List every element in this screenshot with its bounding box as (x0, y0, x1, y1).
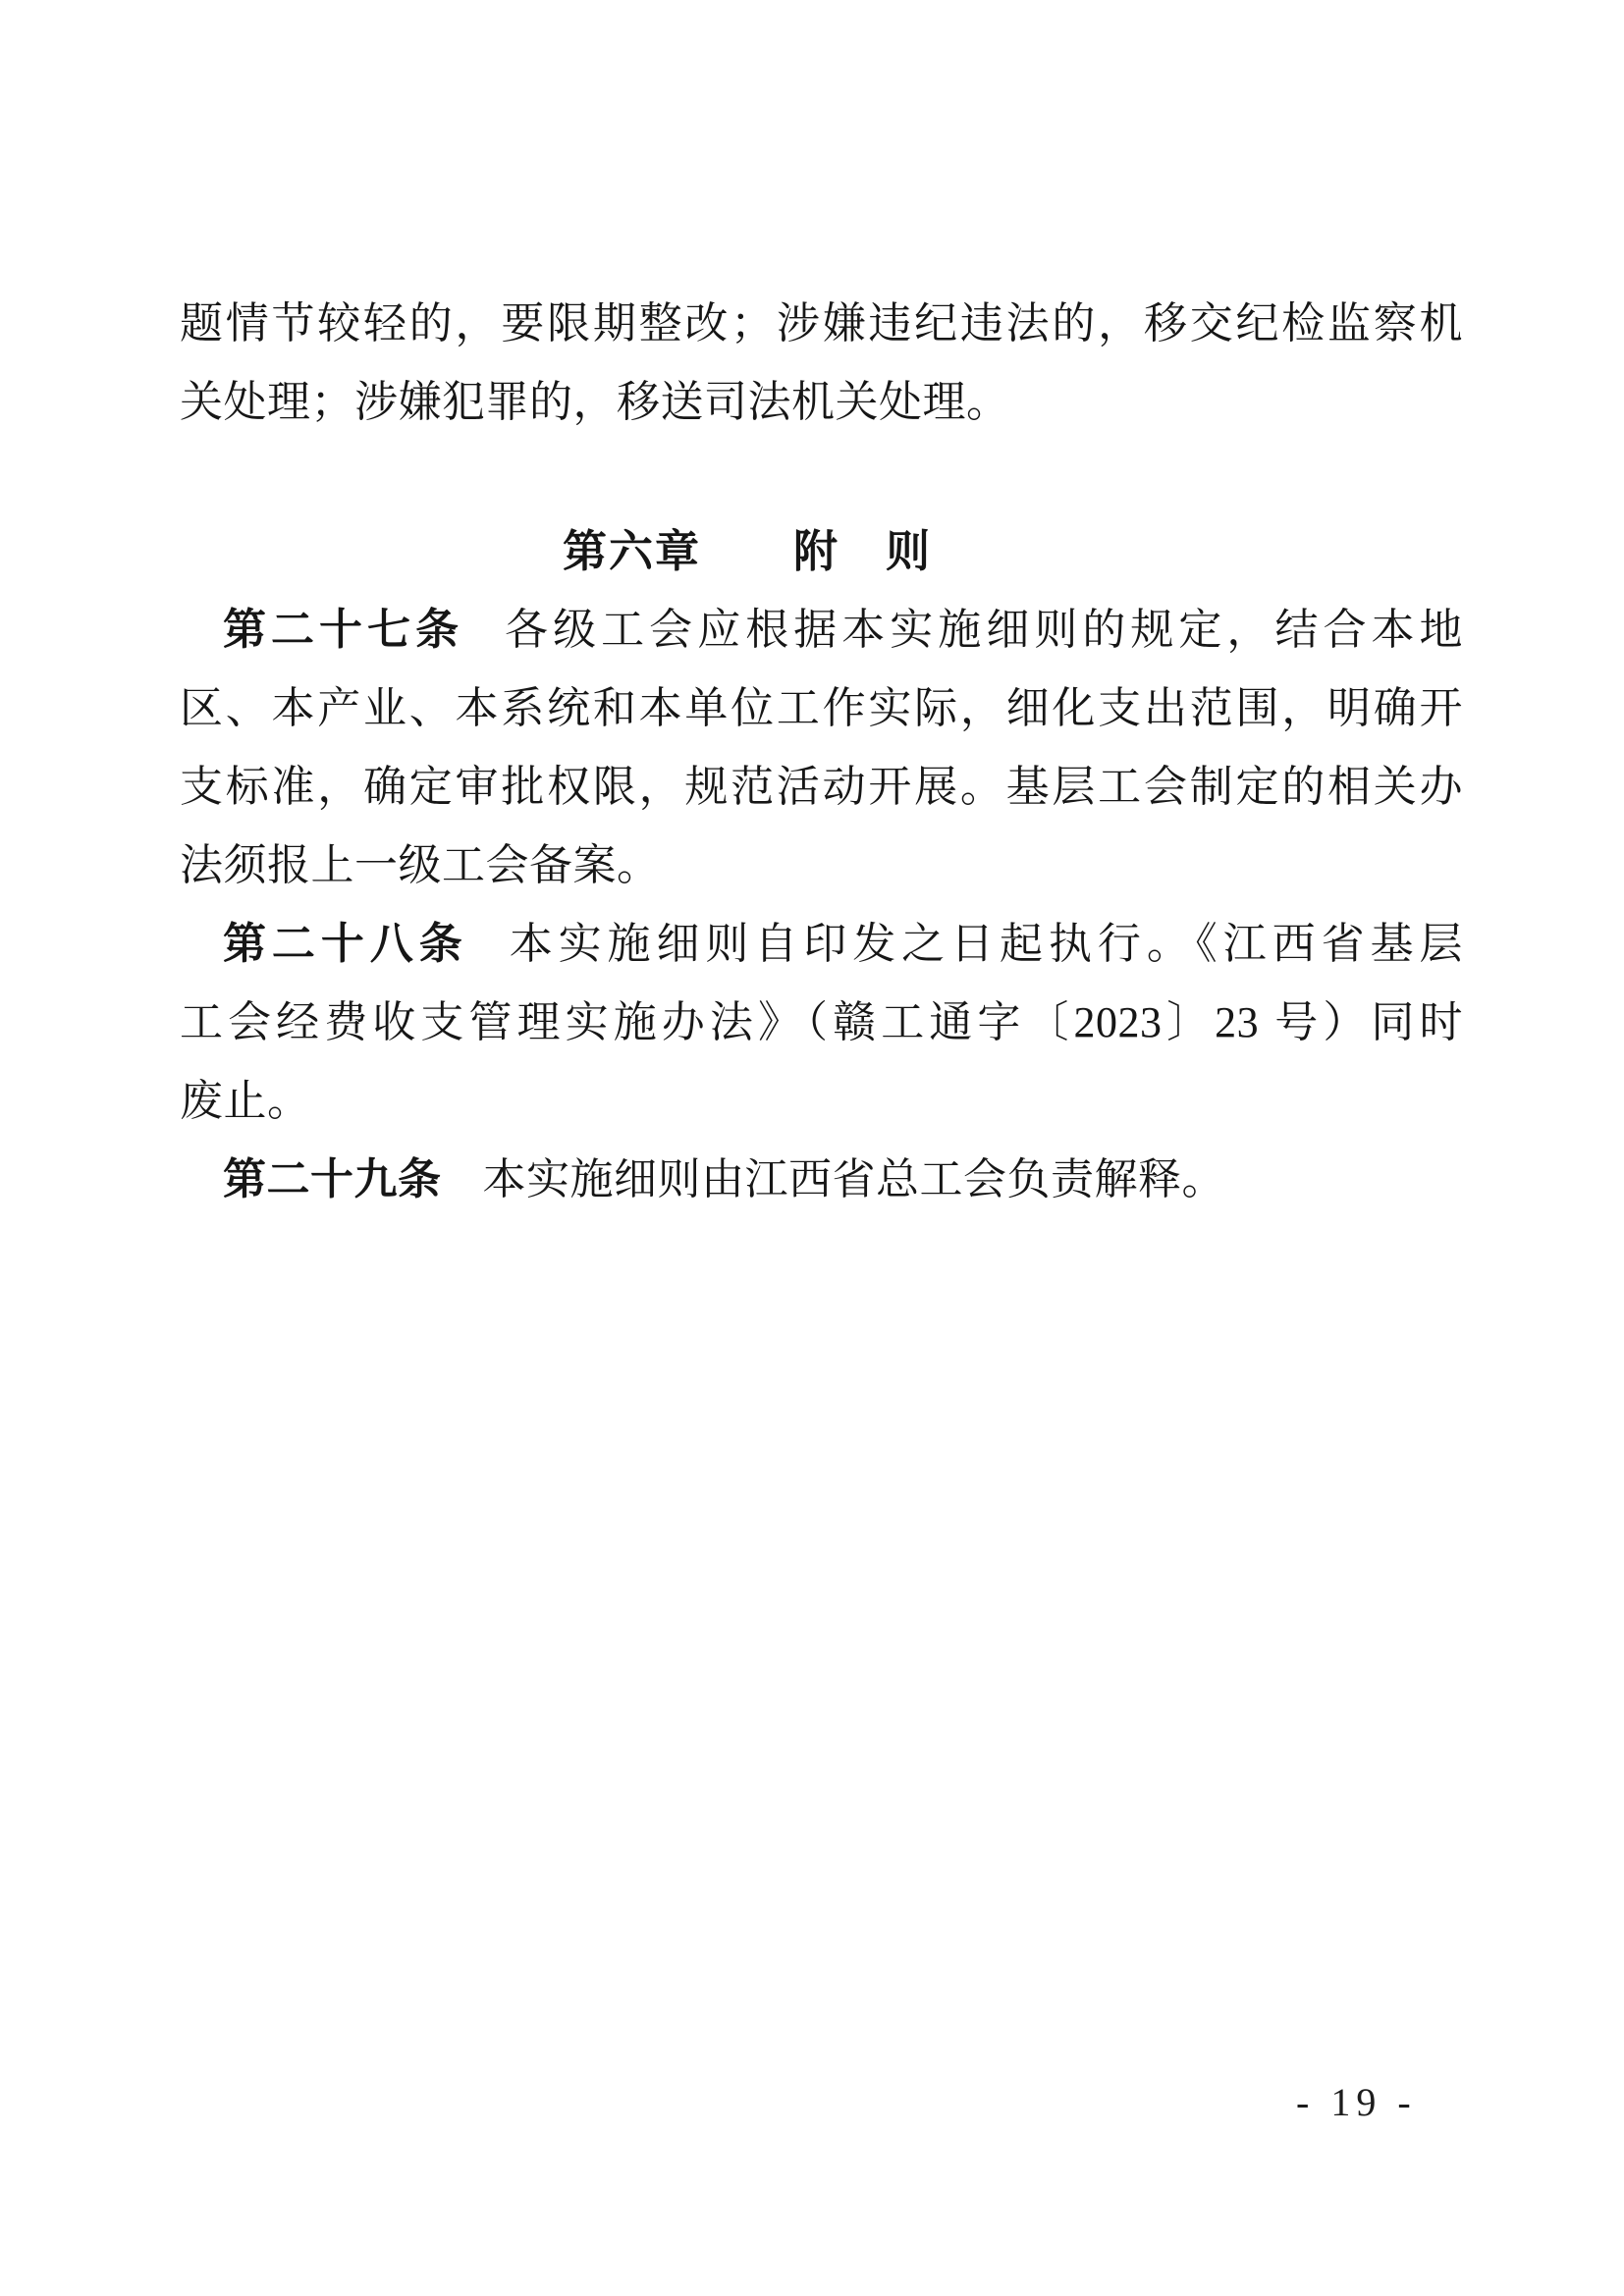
text-line: 支标准，确定审批权限，规范活动开展。基层工会制定的相关办 (180, 748, 1463, 827)
text-line: 废止。 (180, 1062, 1463, 1141)
page-number: - 19 - (1296, 2079, 1417, 2125)
text-line: 第二十八条本实施细则自印发之日起执行。《江西省基层 (180, 905, 1463, 984)
document-body: 题情节较轻的，要限期整改；涉嫌违纪违法的，移交纪检监察机关处理；涉嫌犯罪的，移送… (180, 285, 1463, 1219)
article-28: 第二十八条本实施细则自印发之日起执行。《江西省基层工会经费收支管理实施办法》（赣… (180, 905, 1463, 1141)
article-number: 第二十九条 (223, 1155, 442, 1203)
text-line: 法须报上一级工会备案。 (180, 827, 1463, 905)
article-first-line-text: 本实施细则由江西省总工会负责解释。 (483, 1155, 1226, 1203)
text-line: 第二十九条本实施细则由江西省总工会负责解释。 (180, 1141, 1463, 1219)
article-27: 第二十七条各级工会应根据本实施细则的规定，结合本地区、本产业、本系统和本单位工作… (180, 591, 1463, 905)
continuation-paragraph: 题情节较轻的，要限期整改；涉嫌违纪违法的，移交纪检监察机关处理；涉嫌犯罪的，移送… (180, 285, 1463, 442)
text-line: 第二十七条各级工会应根据本实施细则的规定，结合本地 (180, 591, 1463, 669)
document-page: 题情节较轻的，要限期整改；涉嫌违纪违法的，移交纪检监察机关处理；涉嫌犯罪的，移送… (0, 0, 1624, 2296)
chapter-heading: 第六章 附 则 (180, 512, 1463, 591)
text-line: 关处理；涉嫌犯罪的，移送司法机关处理。 (180, 363, 1463, 442)
article-29: 第二十九条本实施细则由江西省总工会负责解释。 (180, 1141, 1463, 1219)
article-first-line-text: 本实施细则自印发之日起执行。《江西省基层 (510, 920, 1463, 968)
article-first-line-text: 各级工会应根据本实施细则的规定，结合本地 (505, 606, 1463, 654)
article-number: 第二十八条 (223, 920, 468, 968)
text-line: 题情节较轻的，要限期整改；涉嫌违纪违法的，移交纪检监察机 (180, 285, 1463, 363)
article-number: 第二十七条 (223, 606, 463, 654)
text-line: 工会经费收支管理实施办法》（赣工通字〔2023〕23 号）同时 (180, 984, 1463, 1062)
text-line: 区、本产业、本系统和本单位工作实际，细化支出范围，明确开 (180, 669, 1463, 748)
